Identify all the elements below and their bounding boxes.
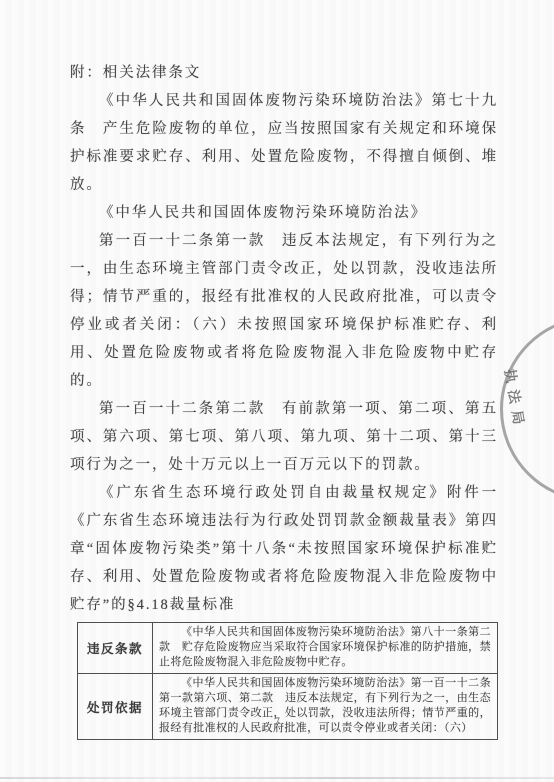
page-number: 7 xyxy=(0,716,554,728)
penalty-basis-label: 处罚依据 xyxy=(78,674,153,740)
attachment-heading: 附：相关法律条文 xyxy=(70,59,498,87)
legal-text-paragraph: 《中华人民共和国固体废物污染环境防治法》第七十九条 产生危险废物的单位，应当按照… xyxy=(70,87,498,199)
legal-text-paragraph: 《广东省生态环境行政处罚自由裁量权规定》附件一《广东省生态环境违法行为行政处罚罚… xyxy=(70,479,498,619)
legal-text-paragraph: 第一百一十二条第一款 违反本法规定，有下列行为之一，由生态环境主管部门责令改正，… xyxy=(70,227,498,395)
table-row-penalty-basis: 处罚依据 《中华人民共和国固体废物污染环境防治法》第一百一十二条第一款第六项、第… xyxy=(78,674,498,740)
scan-smudge xyxy=(224,516,258,526)
table-row-violation-clause: 违反条款 《中华人民共和国固体废物污染环境防治法》第八十一条第二款 贮存危险废物… xyxy=(78,623,498,674)
scanned-document-page: 附：相关法律条文 《中华人民共和国固体废物污染环境防治法》第七十九条 产生危险废… xyxy=(0,0,554,782)
violation-clause-label: 违反条款 xyxy=(78,623,153,674)
penalty-basis-content: 《中华人民共和国固体废物污染环境防治法》第一百一十二条第一款第六项、第二款 违反… xyxy=(153,674,498,740)
body-text: 附：相关法律条文 《中华人民共和国固体废物污染环境防治法》第七十九条 产生危险废… xyxy=(70,59,498,740)
law-title-line: 《中华人民共和国固体废物污染环境防治法》 xyxy=(70,199,498,227)
violation-clause-content: 《中华人民共和国固体废物污染环境防治法》第八十一条第二款 贮存危险废物应当采取符… xyxy=(153,623,498,674)
scan-smudge xyxy=(278,521,304,530)
legal-text-paragraph: 第一百一十二条第二款 有前款第一项、第二项、第五项、第六项、第七项、第八项、第九… xyxy=(70,395,498,479)
scan-edge-shadow xyxy=(0,777,554,779)
